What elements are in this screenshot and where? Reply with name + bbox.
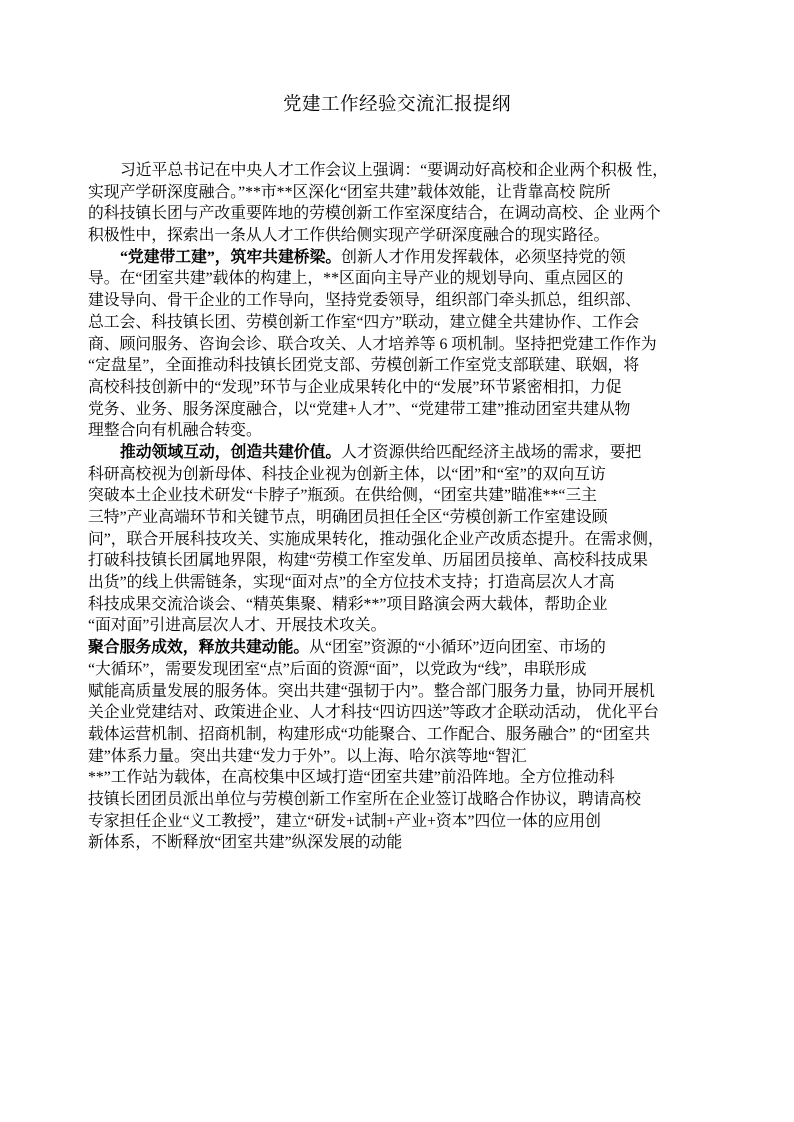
- paragraph-1: 习近平总书记在中央人才工作会议上强调：“要调动好高校和企业两个积极 性，实现产学…: [88, 160, 718, 247]
- text-run: 习近平总书记在中央人才工作会议上强调：“要调动好高校和企业两个积极 性，: [120, 162, 668, 179]
- text-run: 建设导向、骨干企业的工作导向，坚持党委领导，组织部门牵头抓总，组织部、: [88, 292, 641, 309]
- text-run: 导。在“团室共建”载体的构建上，**区面向主导产业的规划导向、重点园区的: [88, 270, 623, 287]
- text-line: 三特”产业高端环节和关键节点，明确团员担任全区“劳模创新工作室建设顾: [88, 507, 718, 529]
- text-line: “定盘星”，全面推动科技镇长团党支部、劳模创新工作室党支部联建、联姻，将: [88, 355, 718, 377]
- document-body: 习近平总书记在中央人才工作会议上强调：“要调动好高校和企业两个积极 性，实现产学…: [88, 160, 718, 854]
- text-run: 三特”产业高端环节和关键节点，明确团员担任全区“劳模创新工作室建设顾: [88, 509, 608, 526]
- text-run: 理整合向有机融合转变。: [88, 422, 262, 439]
- text-line: “党建带工建”，筑牢共建桥梁。创新人才作用发挥载体，必须坚持党的领: [88, 247, 718, 269]
- text-line: 理整合向有机融合转变。: [88, 420, 718, 442]
- paragraph-4: 聚合服务成效，释放共建动能。从“团室”资源的“小循环”迈向团室、市场的“大循环”…: [88, 637, 718, 854]
- text-line: **”工作站为载体，在高校集中区域打造“团室共建”前沿阵地。全方位推动科: [88, 767, 718, 789]
- text-run: 赋能高质量发展的服务体。突出共建“强韧于内”。整合部门服务力量，协同开展机: [88, 683, 655, 700]
- text-line: “面对面”引进高层次人才、开展技术攻关。: [88, 615, 718, 637]
- text-run: 载体运营机制、招商机制，构建形成“功能聚合、工作配合、服务融合” 的“团室共: [88, 726, 650, 743]
- text-run: 创新人才作用发挥载体，必须坚持党的领: [341, 249, 625, 266]
- bold-text-run: 推动领域互动，创造共建价值。: [120, 444, 341, 461]
- bold-text-run: “党建带工建”，筑牢共建桥梁。: [120, 249, 341, 266]
- text-line: 突破本土企业技术研发“卡脖子”瓶颈。在供给侧，“团室共建”瞄准**“三主: [88, 485, 718, 507]
- text-line: 科技成果交流洽谈会、“精英集聚、精彩**”项目路演会两大载体，帮助企业: [88, 594, 718, 616]
- text-run: 党务、业务、服务深度融合，以“党建+人才”、“党建带工建”推动团室共建从物: [88, 401, 630, 418]
- text-line: 科研高校视为创新母体、科技企业视为创新主体，以“团”和“室”的双向互访: [88, 464, 718, 486]
- text-run: 从“团室”资源的“小循环”迈向团室、市场的: [309, 639, 606, 656]
- text-line: 习近平总书记在中央人才工作会议上强调：“要调动好高校和企业两个积极 性，: [88, 160, 718, 182]
- text-run: 专家担任企业“义工教授”，建立“研发+试制+产业+资本”四位一体的应用创: [88, 813, 601, 830]
- text-run: 出货”的线上供需链条，实现“面对点”的全方位技术支持；打造高层次人才高: [88, 574, 615, 591]
- text-run: 科研高校视为创新母体、科技企业视为创新主体，以“团”和“室”的双向互访: [88, 466, 606, 483]
- text-line: 聚合服务成效，释放共建动能。从“团室”资源的“小循环”迈向团室、市场的: [88, 637, 718, 659]
- text-line: 专家担任企业“义工教授”，建立“研发+试制+产业+资本”四位一体的应用创: [88, 811, 718, 833]
- paragraph-2: “党建带工建”，筑牢共建桥梁。创新人才作用发挥载体，必须坚持党的领导。在“团室共…: [88, 247, 718, 442]
- text-run: 技镇长团团员派出单位与劳模创新工作室所在企业签订战略合作协议，聘请高校: [88, 791, 641, 808]
- text-line: 高校科技创新中的“发现”环节与企业成果转化中的“发展”环节紧密相扣，力促: [88, 377, 718, 399]
- text-run: 实现产学研深度融合。”**市**区深化“团室共建”载体效能，让背靠高校 院所: [88, 184, 611, 201]
- text-line: 总工会、科技镇长团、劳模创新工作室“四方”联动，建立健全共建协作、工作会: [88, 312, 718, 334]
- text-run: 新体系，不断释放“团室共建”纵深发展的动能: [88, 834, 402, 851]
- text-line: 新体系，不断释放“团室共建”纵深发展的动能: [88, 832, 718, 854]
- text-line: 的科技镇长团与产改重要阵地的劳模创新工作室深度结合，在调动高校、企 业两个: [88, 203, 718, 225]
- text-run: 高校科技创新中的“发现”环节与企业成果转化中的“发展”环节紧密相扣，力促: [88, 379, 622, 396]
- text-run: “面对面”引进高层次人才、开展技术攻关。: [88, 617, 386, 634]
- text-run: “大循环”，需要发现团室“点”后面的资源“面”，以党政为“线”，串联形成: [88, 661, 586, 678]
- text-line: 建设导向、骨干企业的工作导向，坚持党委领导，组织部门牵头抓总，组织部、: [88, 290, 718, 312]
- text-line: 导。在“团室共建”载体的构建上，**区面向主导产业的规划导向、重点园区的: [88, 268, 718, 290]
- text-line: 积极性中，探索出一条从人才工作供给侧实现产学研深度融合的现实路径。: [88, 225, 718, 247]
- bold-text-run: 聚合服务成效，释放共建动能。: [88, 639, 309, 656]
- text-run: 的科技镇长团与产改重要阵地的劳模创新工作室深度结合，在调动高校、企 业两个: [88, 205, 661, 222]
- text-line: “大循环”，需要发现团室“点”后面的资源“面”，以党政为“线”，串联形成: [88, 659, 718, 681]
- text-run: 建”体系力量。突出共建“发力于外”。以上海、哈尔滨等地“智汇: [88, 748, 527, 765]
- text-line: 商、顾问服务、咨询会诊、联合攻关、人才培养等 6 项机制。坚持把党建工作作为: [88, 334, 718, 356]
- text-line: 打破科技镇长团属地界限，构建“劳模工作室发单、历届团员接单、高校科技成果: [88, 550, 718, 572]
- text-line: 赋能高质量发展的服务体。突出共建“强韧于内”。整合部门服务力量，协同开展机: [88, 681, 718, 703]
- text-line: 技镇长团团员派出单位与劳模创新工作室所在企业签订战略合作协议，聘请高校: [88, 789, 718, 811]
- document-title: 党建工作经验交流汇报提纲: [0, 93, 794, 117]
- text-run: **”工作站为载体，在高校集中区域打造“团室共建”前沿阵地。全方位推动科: [88, 769, 615, 786]
- text-run: 问”，联合开展科技攻关、实施成果转化，推动强化企业产改质态提升。在需求侧，: [88, 531, 664, 548]
- text-run: 突破本土企业技术研发“卡脖子”瓶颈。在供给侧，“团室共建”瞄准**“三主: [88, 487, 597, 504]
- text-line: 载体运营机制、招商机制，构建形成“功能聚合、工作配合、服务融合” 的“团室共: [88, 724, 718, 746]
- document-page: 党建工作经验交流汇报提纲 习近平总书记在中央人才工作会议上强调：“要调动好高校和…: [0, 0, 794, 1122]
- text-run: 商、顾问服务、咨询会诊、联合攻关、人才培养等 6 项机制。坚持把党建工作作为: [88, 336, 657, 353]
- text-line: 推动领域互动，创造共建价值。人才资源供给匹配经济主战场的需求，要把: [88, 442, 718, 464]
- text-line: 实现产学研深度融合。”**市**区深化“团室共建”载体效能，让背靠高校 院所: [88, 182, 718, 204]
- text-run: 总工会、科技镇长团、劳模创新工作室“四方”联动，建立健全共建协作、工作会: [88, 314, 639, 331]
- paragraph-3: 推动领域互动，创造共建价值。人才资源供给匹配经济主战场的需求，要把科研高校视为创…: [88, 442, 718, 637]
- text-run: 人才资源供给匹配经济主战场的需求，要把: [341, 444, 641, 461]
- text-line: 关企业党建结对、政策进企业、人才科技“四访四送”等政才企联动活动， 优化平台: [88, 702, 718, 724]
- text-line: 党务、业务、服务深度融合，以“党建+人才”、“党建带工建”推动团室共建从物: [88, 399, 718, 421]
- text-line: 建”体系力量。突出共建“发力于外”。以上海、哈尔滨等地“智汇: [88, 746, 718, 768]
- text-run: 关企业党建结对、政策进企业、人才科技“四访四送”等政才企联动活动， 优化平台: [88, 704, 659, 721]
- text-line: 问”，联合开展科技攻关、实施成果转化，推动强化企业产改质态提升。在需求侧，: [88, 529, 718, 551]
- text-line: 出货”的线上供需链条，实现“面对点”的全方位技术支持；打造高层次人才高: [88, 572, 718, 594]
- text-run: “定盘星”，全面推动科技镇长团党支部、劳模创新工作室党支部联建、联姻，将: [88, 357, 639, 374]
- text-run: 打破科技镇长团属地界限，构建“劳模工作室发单、历届团员接单、高校科技成果: [88, 552, 648, 569]
- text-run: 积极性中，探索出一条从人才工作供给侧实现产学研深度融合的现实路径。: [88, 227, 609, 244]
- text-run: 科技成果交流洽谈会、“精英集聚、精彩**”项目路演会两大载体，帮助企业: [88, 596, 608, 613]
